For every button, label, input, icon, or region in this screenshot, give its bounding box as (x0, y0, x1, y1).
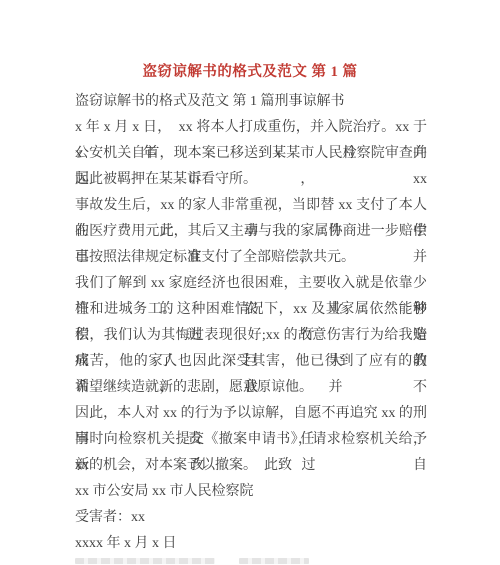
clipped-bottom-text-line (75, 558, 427, 565)
text-line: xx 市公安局 xx 市人民检察院 (75, 479, 427, 505)
document-page: 盗窃谅解书的格式及范文 第 1 篇 盗窃谅解书的格式及范文 第 1 篇刑事谅解书… (0, 0, 500, 565)
text-line: x 年 x 月 x 日， xx 将本人打成重伤，并入院治疗。xx 于 x 年 x… (75, 115, 427, 141)
text-line: 受害者：xx (75, 505, 427, 531)
text-line: xxxx 年 x 月 x 日 (75, 531, 427, 557)
text-line: 事故发生后，xx 的家人非常重视，当即替 xx 支付了本人在此事件中 (75, 193, 427, 219)
text-line: 盗窃谅解书的格式及范文 第 1 篇刑事谅解书 (75, 89, 427, 115)
text-line: 公安机关自首，现本案已移送到某某市人民检察院审查并起诉，xx (75, 141, 427, 167)
text-line: 我们了解到 xx 家庭经济也很困难，主要收入就是依靠少许的农业种 (75, 271, 427, 297)
clipped-text-fragment (75, 558, 215, 564)
text-line: 偿，我们认为其悔过表现很好;xx 的故意伤害行为给我造成了巨大的 (75, 323, 427, 349)
clipped-text-fragment (239, 558, 309, 564)
document-title: 盗窃谅解书的格式及范文 第 1 篇 (74, 62, 426, 82)
text-line: 同时向检察机关提交《撤案申请书》，请求检察机关给予 xx 改过自 (75, 427, 427, 453)
document-body: 盗窃谅解书的格式及范文 第 1 篇刑事谅解书x 年 x 月 x 日， xx 将本… (75, 89, 427, 557)
text-line: 痛苦，他的家人也因此深受其害，他已得到了应有的教训，我并不 (75, 349, 427, 375)
text-line: 植和进城务工。这种困难情况下，xx 及其家属依然能够积进行赔 (75, 297, 427, 323)
text-line: 的医疗费用元元，其后又主动与我的家属协商进一步赔偿事宜，并 (75, 219, 427, 245)
text-line: 因此，本人对 xx 的行为予以谅解，自愿不再追究 xx 的刑事责任， (75, 401, 427, 427)
